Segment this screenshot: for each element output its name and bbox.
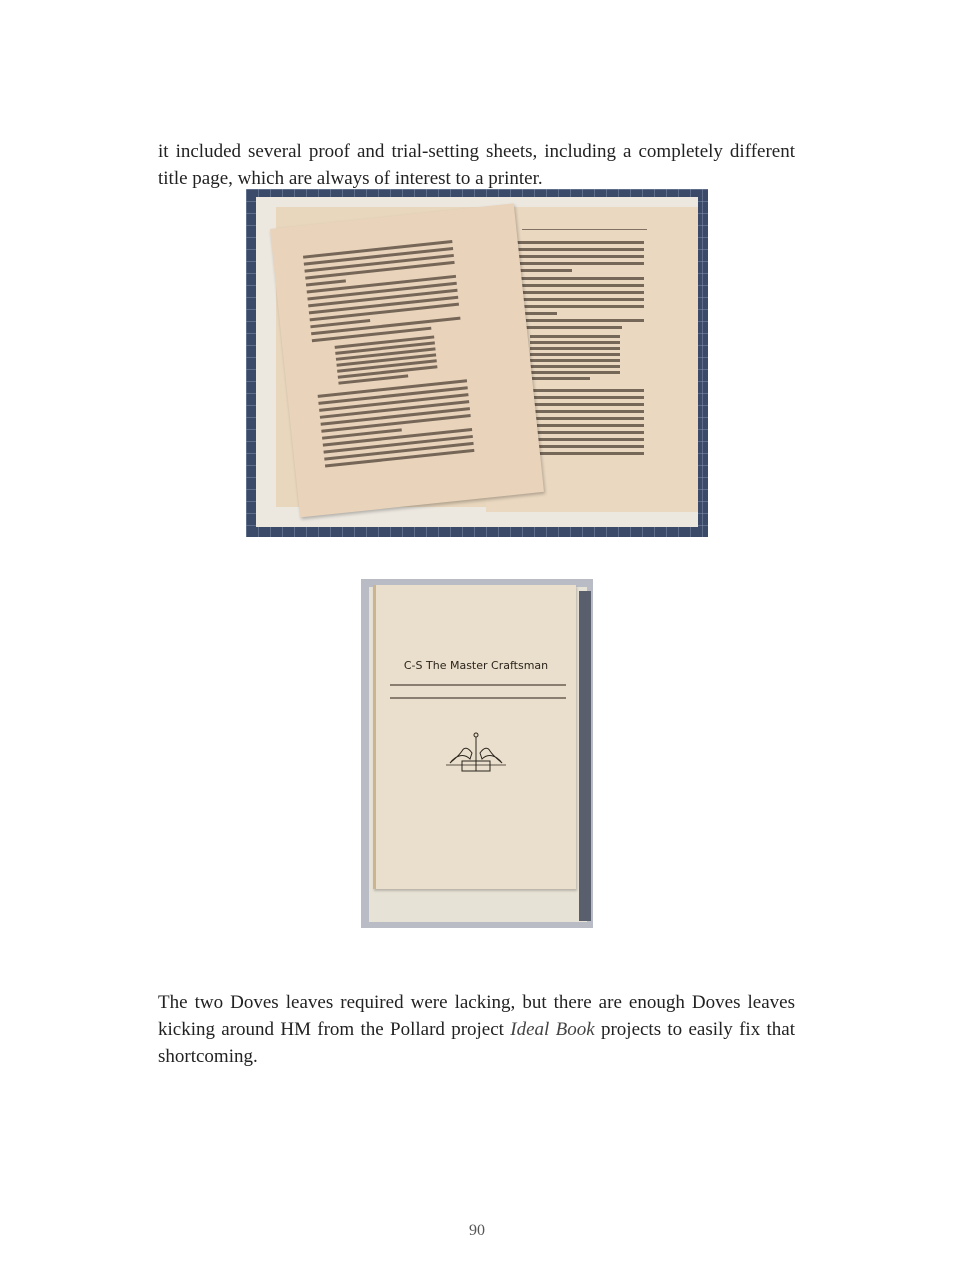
paragraph-intro: it included several proof and trial-sett… [158,138,795,192]
title-page-subtitle-line [390,697,566,699]
title-page-heading: C-S The Master Craftsman [376,659,576,672]
photo-title-page: C-S The Master Craftsman [361,579,593,928]
paragraph-doves-leaves: The two Doves leaves required were lacki… [158,989,795,1070]
book-title-italic: Ideal Book [510,1019,594,1040]
proof-sheet-front [270,203,544,517]
title-page-leaf: C-S The Master Craftsman [373,585,576,889]
doves-emblem-icon [440,731,512,781]
photo-proof-sheets [246,189,708,537]
book-spine [579,591,591,921]
title-page-subtitle-line [390,684,566,686]
page-number: 90 [0,1222,954,1240]
